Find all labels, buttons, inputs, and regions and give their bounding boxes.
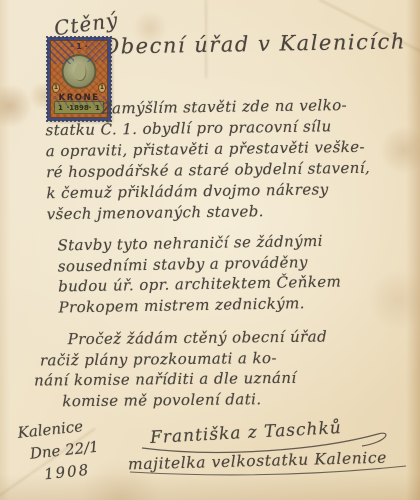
paragraph-1: Zamýšlím stavěti zde na velko- statku Č.… [45,95,371,226]
dateline: Kalenice Dne 22/1 1908 [11,416,102,491]
document-page: Ctěný Obecní úřad v Kalenicích · 1 · 1 1… [0,0,420,500]
heading: Obecní úřad v Kalenicích [102,29,406,58]
paper-background: Ctěný Obecní úřad v Kalenicích · 1 · 1 1… [0,0,420,500]
handwritten-line: nání komise naříditi a dle uznání [34,367,328,391]
paragraph-2: Stavby tyto nehraničí se žádnými sousedn… [57,231,341,318]
dateline-date: Dne 22/1 [29,438,100,463]
dateline-year: 1908 [43,459,102,483]
handwritten-line: všech jmenovaných staveb. [47,200,371,226]
stamp-side-numeral-left: 1 [52,83,60,93]
paragraph-3: Pročež žádám ctěný obecní úřad račiž plá… [34,326,328,411]
stamp-side-numeral-right: 1 [98,83,106,93]
emperor-portrait [74,62,87,80]
handwritten-line: Prokopem mistrem zednickým. [58,292,341,317]
handwritten-line: Pročež žádám ctěný obecní úřad [68,326,328,349]
stamp-value-label: · 1 · [51,42,107,51]
emperor-medallion [62,54,97,89]
handwritten-line: komise mě povolení dati. [62,388,328,411]
